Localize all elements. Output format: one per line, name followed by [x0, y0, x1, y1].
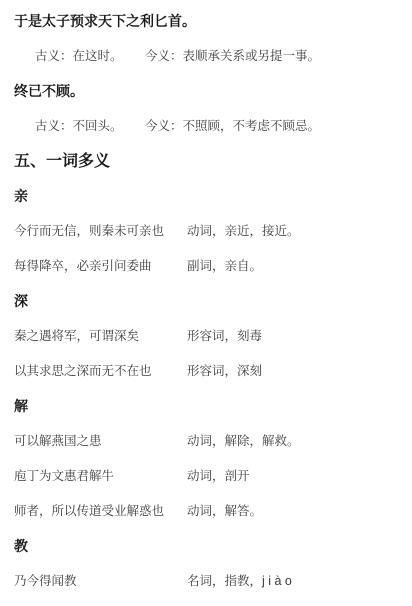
modern-meaning: 今义：表顺承关系或另提一事。 [145, 49, 320, 63]
example-source: 师者，所以传道受业解惑也 [14, 494, 187, 529]
example-row: 师者，所以传道受业解惑也 动词，解答。 [14, 494, 404, 529]
example-meaning: 动词，解答。 [187, 494, 404, 529]
example-source: 今行而无信，则秦未可亲也 [14, 214, 187, 249]
example-source: 庖丁为文惠君解牛 [14, 459, 187, 494]
example-row: 每得降卒，必亲引问委曲 副词，亲自。 [14, 249, 404, 284]
example-row: 今行而无信，则秦未可亲也 动词，亲近，接近。 [14, 214, 404, 249]
example-meaning: 形容词，深刻 [187, 354, 404, 389]
example-meaning: 动词，亲近，接近。 [187, 214, 404, 249]
polysemy-word: 亲 [14, 179, 404, 214]
example-row: 可以解燕国之患 动词，解除，解救。 [14, 424, 404, 459]
example-source: 每得降卒，必亲引问委曲 [14, 249, 187, 284]
ancient-meaning: 古义：不回头。 [35, 109, 145, 144]
example-meaning: 形容词，刻毒 [187, 319, 404, 354]
example-source: 以其求思之深而无不在也 [14, 354, 187, 389]
section-heading: 五、一词多义 [14, 144, 404, 179]
example-meaning: 名词，指教，j i à o [187, 564, 404, 599]
example-row: 乃今得闻教 名词，指教，j i à o [14, 564, 404, 599]
example-row: 庖丁为文惠君解牛 动词，剖开 [14, 459, 404, 494]
example-meaning: 副词，亲自。 [187, 249, 404, 284]
polysemy-word: 教 [14, 529, 404, 564]
example-row: 以其求思之深而无不在也 形容词，深刻 [14, 354, 404, 389]
example-source: 乃今得闻教 [14, 564, 187, 599]
classical-phrase: 于是太子预求天下之利匕首。 [14, 4, 404, 39]
gloss-row: 古义：在这时。今义：表顺承关系或另提一事。 [14, 39, 404, 74]
example-source: 秦之遇将军，可谓深矣 [14, 319, 187, 354]
example-row: 秦之遇将军，可谓深矣 形容词，刻毒 [14, 319, 404, 354]
classical-phrase: 终已不顾。 [14, 74, 404, 109]
polysemy-word: 深 [14, 284, 404, 319]
example-meaning: 动词，剖开 [187, 459, 404, 494]
modern-meaning: 今义：不照顾，不考虑不顾忌。 [145, 119, 320, 133]
polysemy-word: 解 [14, 389, 404, 424]
example-source: 可以解燕国之患 [14, 424, 187, 459]
ancient-meaning: 古义：在这时。 [35, 39, 145, 74]
gloss-row: 古义：不回头。今义：不照顾，不考虑不顾忌。 [14, 109, 404, 144]
document-page: 于是太子预求天下之利匕首。 古义：在这时。今义：表顺承关系或另提一事。 终已不顾… [0, 0, 412, 606]
example-meaning: 动词，解除，解救。 [187, 424, 404, 459]
